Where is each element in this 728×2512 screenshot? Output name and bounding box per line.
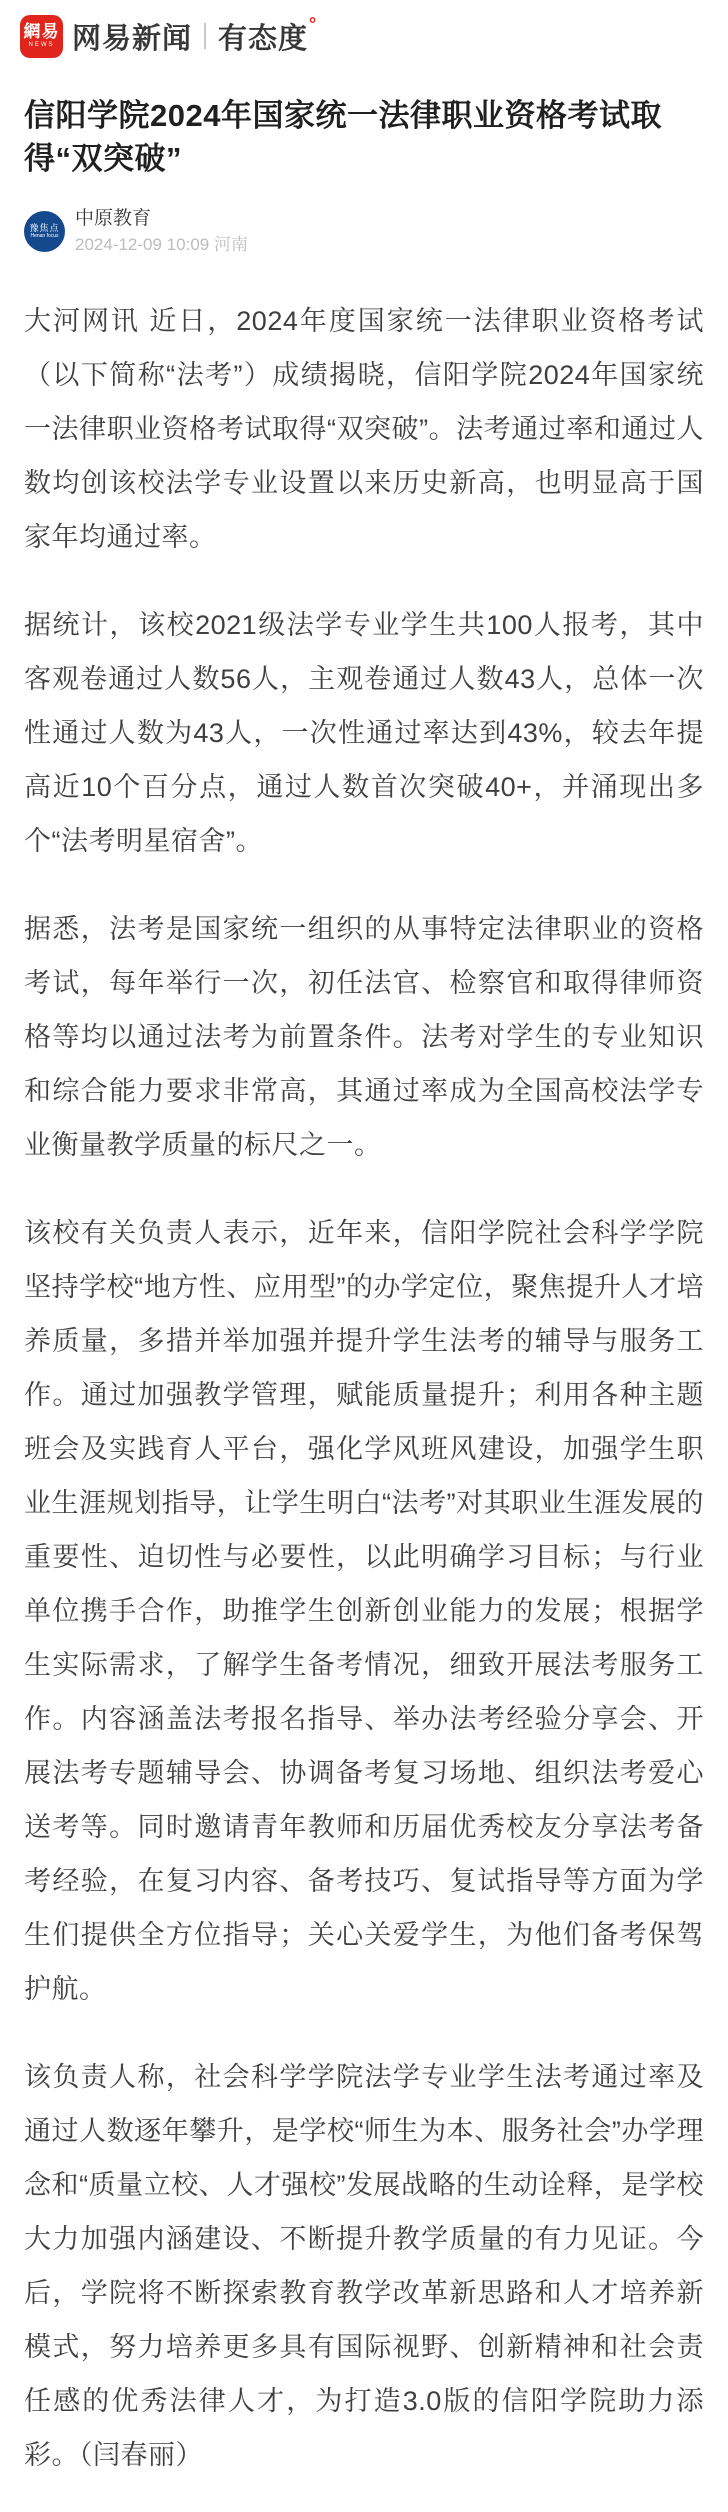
author-name[interactable]: 中原教育 <box>75 207 248 231</box>
slogan-degree-mark: ° <box>309 14 316 35</box>
brand-divider <box>204 23 206 49</box>
news-article-page: 網易 NEWS 网易新闻 有态度 ° 信阳学院2024年国家统一法律职业资格考试… <box>0 0 728 2512</box>
publish-date-location: 2024-12-09 10:09 河南 <box>75 233 248 256</box>
logo-characters: 網易 <box>24 23 60 41</box>
article-paragraph: 据统计，该校2021级法学专业学生共100人报考，其中客观卷通过人数56人，主观… <box>24 598 704 868</box>
article-paragraph: 大河网讯 近日，2024年度国家统一法律职业资格考试 （以下简称“法考”）成绩揭… <box>24 294 704 564</box>
brand-row: 网易新闻 有态度 ° <box>72 16 315 57</box>
article-title: 信阳学院2024年国家统一法律职业资格考试取得“双突破” <box>24 94 704 180</box>
author-info: 中原教育 2024-12-09 10:09 河南 <box>75 207 248 256</box>
avatar-text-cn: 豫焦点 <box>29 223 59 233</box>
brand-slogan: 有态度 <box>218 16 308 57</box>
article-body: 大河网讯 近日，2024年度国家统一法律职业资格考试 （以下简称“法考”）成绩揭… <box>0 256 728 2512</box>
brand-name[interactable]: 网易新闻 <box>72 16 192 57</box>
article-paragraph: 该负责人称，社会科学学院法学专业学生法考通过率及通过人数逐年攀升，是学校“师生为… <box>24 2050 704 2482</box>
author-avatar[interactable]: 豫焦点 Henan focus <box>24 211 65 252</box>
avatar-text-en: Henan focus <box>30 233 58 240</box>
site-header: 網易 NEWS 网易新闻 有态度 ° <box>0 0 728 62</box>
article-paragraph: 该校有关负责人表示，近年来，信阳学院社会科学学院坚持学校“地方性、应用型”的办学… <box>24 1206 704 2016</box>
netease-logo-icon[interactable]: 網易 NEWS <box>20 15 63 58</box>
article-paragraph: 据悉，法考是国家统一组织的从事特定法律职业的资格考试，每年举行一次，初任法官、检… <box>24 902 704 1172</box>
author-row: 豫焦点 Henan focus 中原教育 2024-12-09 10:09 河南 <box>24 207 704 256</box>
logo-news-label: NEWS <box>29 42 55 49</box>
